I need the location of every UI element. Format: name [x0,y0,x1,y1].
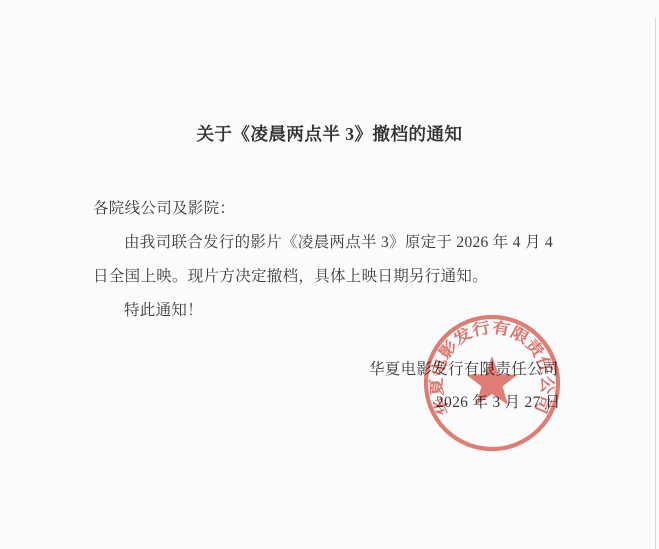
closing-phrase: 特此通知！ [124,298,203,320]
seal-star-icon [466,356,517,405]
scan-edge-line [655,18,656,549]
body-line: 日全国上映。现片方决定撤档，具体上映日期另行通知。 [93,264,488,286]
salutation: 各院线公司及影院： [93,196,235,218]
official-seal-stamp: 华夏电影发行有限责任公司 [417,308,567,458]
scanned-notice-document: 关于《凌晨两点半 3》撤档的通知 各院线公司及影院： 由我司联合发行的影片《凌晨… [0,0,659,549]
notice-title: 关于《凌晨两点半 3》撤档的通知 [0,121,659,146]
body-line: 由我司联合发行的影片《凌晨两点半 3》原定于 2026 年 4 月 4 [124,230,553,252]
